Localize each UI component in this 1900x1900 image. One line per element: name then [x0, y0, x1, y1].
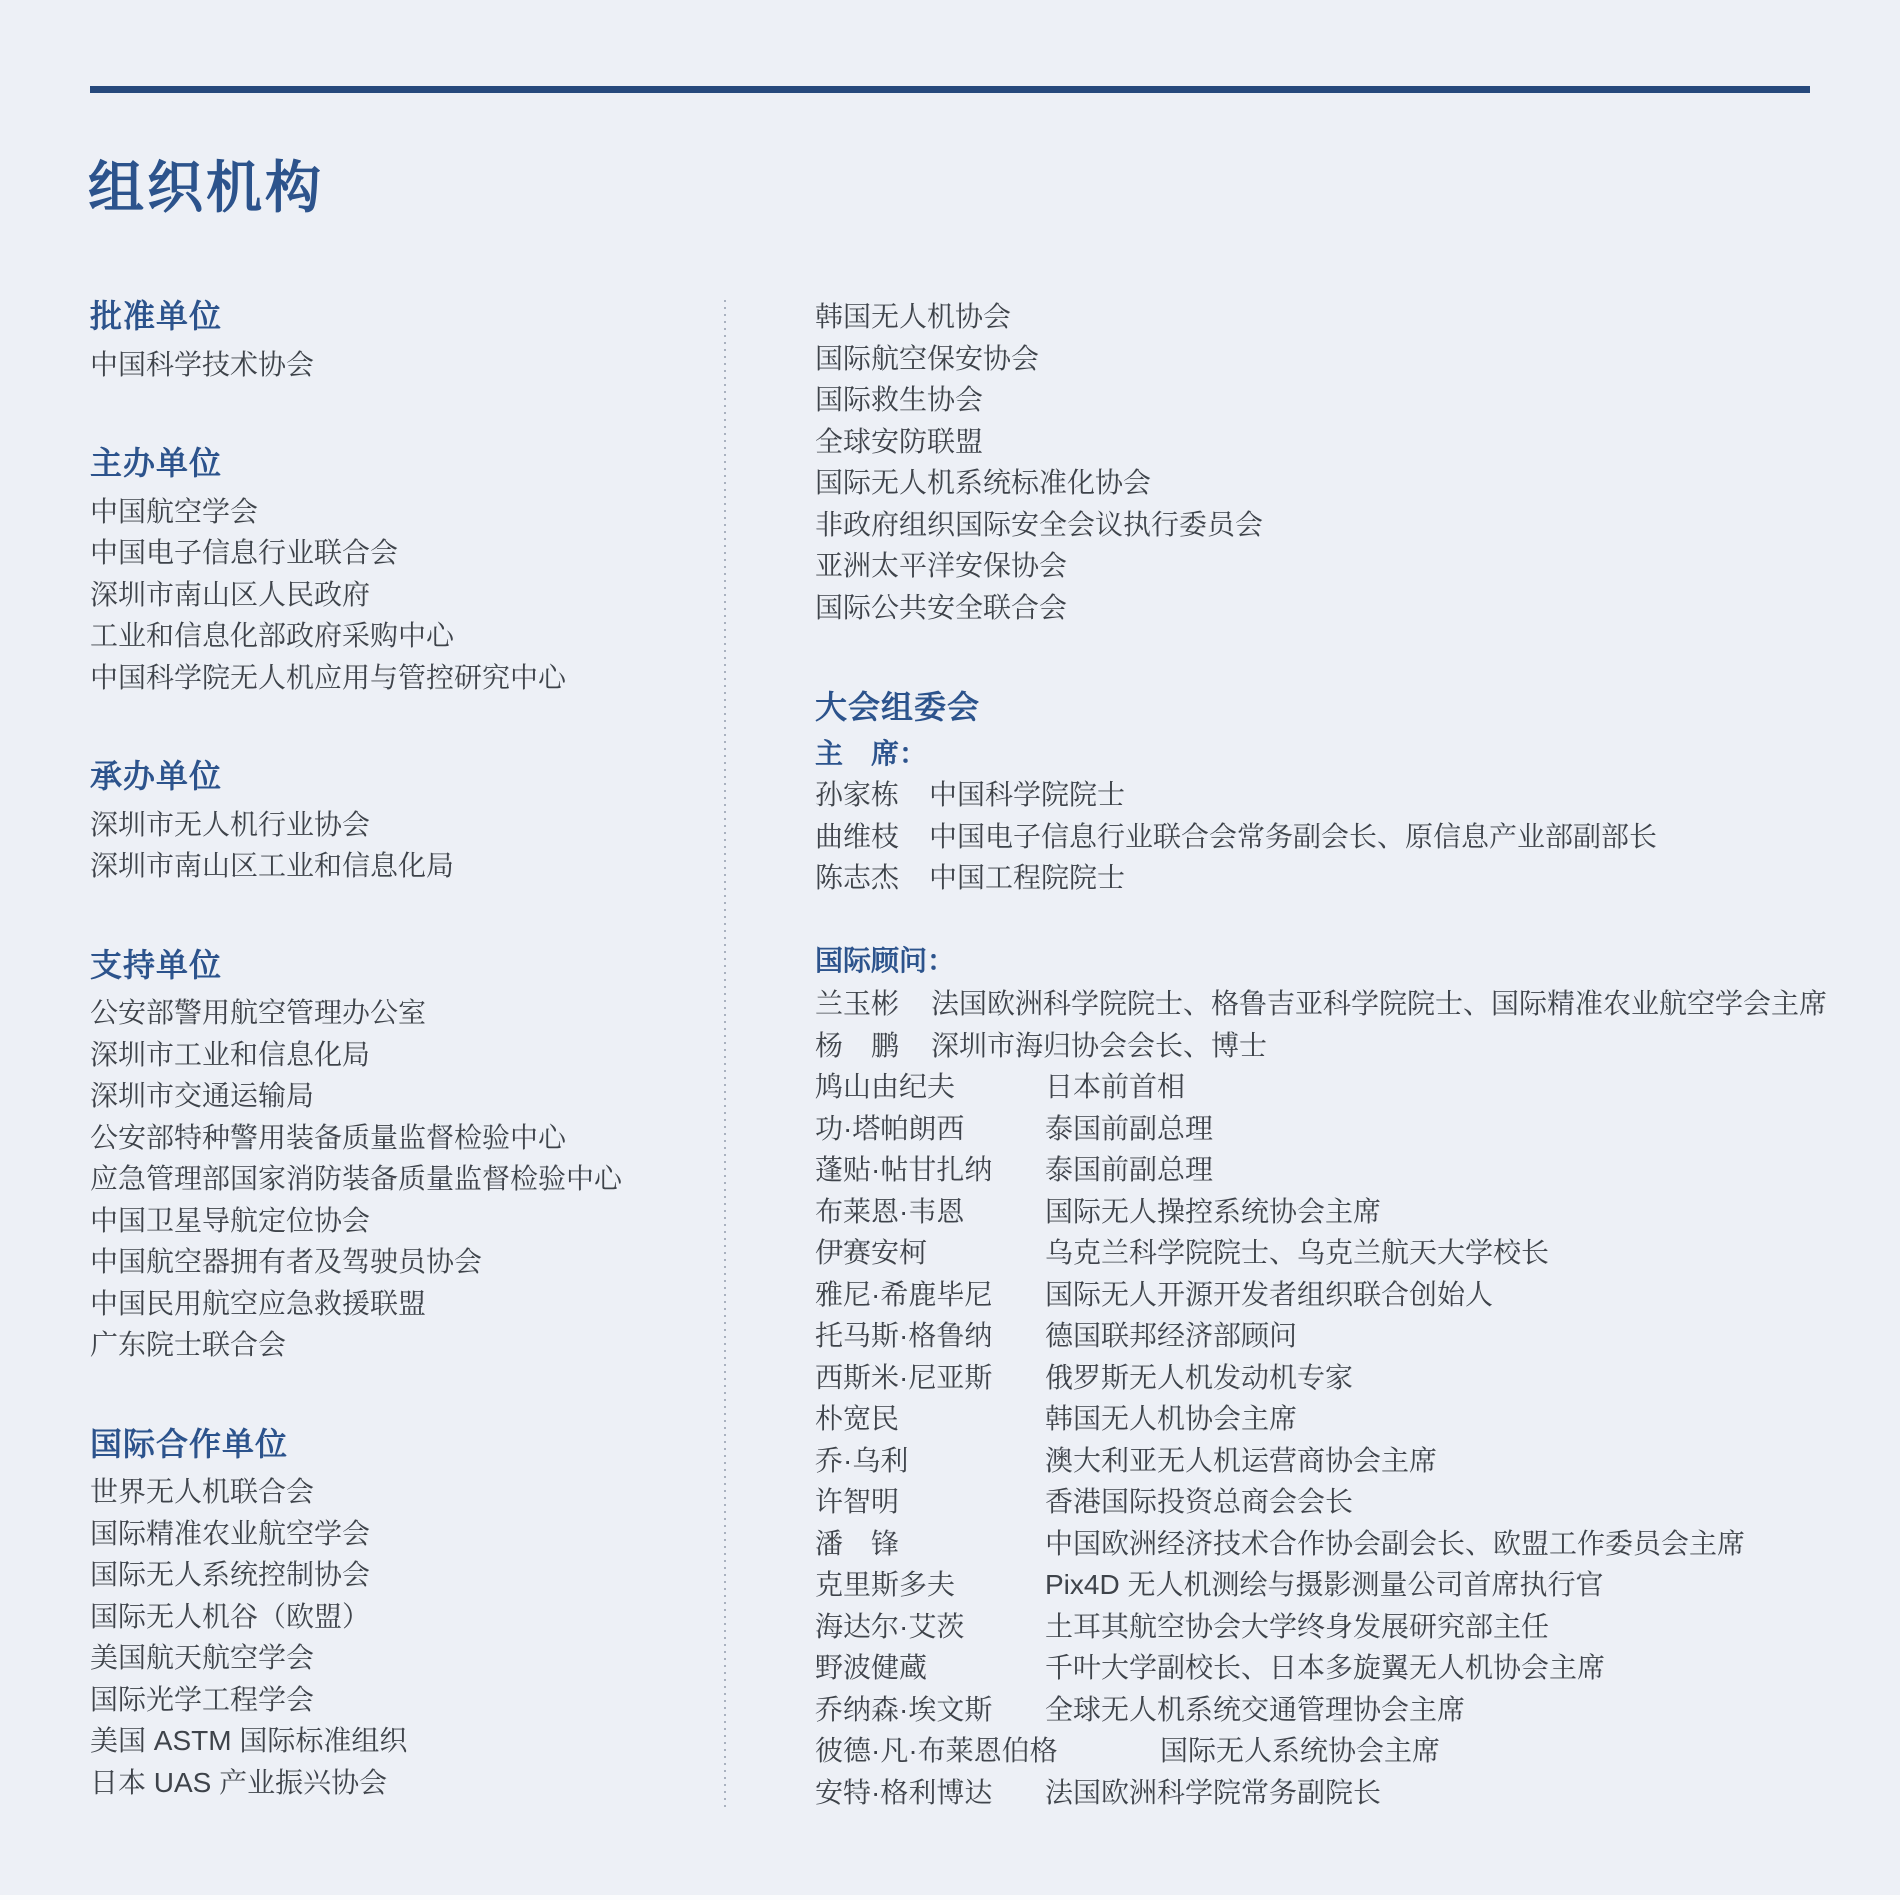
section-heading: 承办单位 [90, 756, 715, 798]
chair-row: 孙家栋中国科学院院士 [815, 774, 1900, 816]
org-item: 公安部警用航空管理办公室 [90, 992, 715, 1034]
advisor-row: 朴宽民韩国无人机协会主席 [815, 1398, 1900, 1440]
advisor-row: 野波健蔵千叶大学副校长、日本多旋翼无人机协会主席 [815, 1647, 1900, 1689]
org-list: 公安部警用航空管理办公室 深圳市工业和信息化局 深圳市交通运输局 公安部特种警用… [90, 992, 715, 1366]
advisor-name: 彼德·凡·布莱恩伯格 [815, 1730, 1160, 1772]
org-item: 广东院士联合会 [90, 1324, 715, 1366]
org-section: 批准单位 中国科学技术协会 [90, 296, 715, 385]
advisor-row: 西斯米·尼亚斯俄罗斯无人机发动机专家 [815, 1357, 1900, 1399]
advisor-desc: 日本前首相 [1045, 1071, 1185, 1102]
top-rule [90, 86, 1810, 93]
advisor-name: 海达尔·艾茨 [815, 1606, 1045, 1648]
advisor-desc: 国际无人开源开发者组织联合创始人 [1045, 1279, 1493, 1310]
chair-label: 主 席： [815, 733, 1900, 775]
org-item: 中国民用航空应急救援联盟 [90, 1283, 715, 1325]
org-item: 非政府组织国际安全会议执行委员会 [815, 504, 1900, 546]
advisor-desc: 中国欧洲经济技术合作协会副会长、欧盟工作委员会主席 [1045, 1528, 1745, 1559]
advisor-row: 克里斯多夫Pix4D 无人机测绘与摄影测量公司首席执行官 [815, 1564, 1900, 1606]
advisor-row: 乔纳森·埃文斯全球无人机系统交通管理协会主席 [815, 1689, 1900, 1731]
org-item: 深圳市交通运输局 [90, 1075, 715, 1117]
advisor-name: 杨 鹏 [815, 1025, 931, 1067]
advisor-name: 西斯米·尼亚斯 [815, 1357, 1045, 1399]
advisor-row: 杨 鹏深圳市海归协会会长、博士 [815, 1025, 1900, 1067]
org-item: 亚洲太平洋安保协会 [815, 545, 1900, 587]
org-section: 主办单位 中国航空学会 中国电子信息行业联合会 深圳市南山区人民政府 工业和信息… [90, 443, 715, 698]
right-column: 韩国无人机协会 国际航空保安协会 国际救生协会 全球安防联盟 国际无人机系统标准… [815, 296, 1900, 1813]
advisor-desc: 国际无人操控系统协会主席 [1045, 1196, 1381, 1227]
advisor-desc: 澳大利亚无人机运营商协会主席 [1045, 1445, 1437, 1476]
org-list: 深圳市无人机行业协会 深圳市南山区工业和信息化局 [90, 804, 715, 887]
org-item: 应急管理部国家消防装备质量监督检验中心 [90, 1158, 715, 1200]
advisor-list: 兰玉彬法国欧洲科学院院士、格鲁吉亚科学院院士、国际精准农业航空学会主席 杨 鹏深… [815, 983, 1900, 1813]
advisor-row: 伊赛安柯乌克兰科学院院士、乌克兰航天大学校长 [815, 1232, 1900, 1274]
advisor-desc: 韩国无人机协会主席 [1045, 1403, 1297, 1434]
chair-name: 曲维枝 [815, 816, 929, 858]
advisor-desc: 香港国际投资总商会会长 [1045, 1486, 1353, 1517]
advisor-name: 托马斯·格鲁纳 [815, 1315, 1045, 1357]
advisor-name: 功·塔帕朗西 [815, 1108, 1045, 1150]
advisor-name: 许智明 [815, 1481, 1045, 1523]
org-item: 国际无人系统控制协会 [90, 1554, 715, 1596]
advisor-name: 兰玉彬 [815, 983, 931, 1025]
chair-row: 曲维枝中国电子信息行业联合会常务副会长、原信息产业部副部长 [815, 816, 1900, 858]
column-divider [724, 300, 726, 1808]
advisor-row: 许智明香港国际投资总商会会长 [815, 1481, 1900, 1523]
advisor-desc: 土耳其航空协会大学终身发展研究部主任 [1045, 1611, 1549, 1642]
section-heading: 支持单位 [90, 945, 715, 987]
advisor-name: 安特·格利博达 [815, 1772, 1045, 1814]
advisor-row: 雅尼·希鹿毕尼国际无人开源开发者组织联合创始人 [815, 1274, 1900, 1316]
org-item: 深圳市南山区人民政府 [90, 574, 715, 616]
advisor-row: 功·塔帕朗西泰国前副总理 [815, 1108, 1900, 1150]
advisor-desc: 乌克兰科学院院士、乌克兰航天大学校长 [1045, 1237, 1549, 1268]
section-heading: 国际合作单位 [90, 1424, 715, 1466]
org-list: 中国航空学会 中国电子信息行业联合会 深圳市南山区人民政府 工业和信息化部政府采… [90, 491, 715, 699]
advisor-name: 布莱恩·韦恩 [815, 1191, 1045, 1233]
advisor-desc: 千叶大学副校长、日本多旋翼无人机协会主席 [1045, 1652, 1605, 1683]
chair-name: 陈志杰 [815, 857, 929, 899]
org-item: 全球安防联盟 [815, 421, 1900, 463]
advisor-desc: 国际无人系统协会主席 [1160, 1735, 1440, 1766]
advisor-desc: 俄罗斯无人机发动机专家 [1045, 1362, 1353, 1393]
advisor-desc: 深圳市海归协会会长、博士 [931, 1030, 1267, 1061]
page: 组织机构 批准单位 中国科学技术协会 主办单位 中国航空学会 中国电子信息行业 [0, 0, 1900, 1900]
chair-desc: 中国工程院院士 [929, 862, 1125, 893]
org-item: 深圳市工业和信息化局 [90, 1034, 715, 1076]
advisor-desc: 法国欧洲科学院常务副院长 [1045, 1777, 1381, 1808]
advisor-name: 鸠山由纪夫 [815, 1066, 1045, 1108]
org-item: 国际无人机系统标准化协会 [815, 462, 1900, 504]
intl-org-list: 韩国无人机协会 国际航空保安协会 国际救生协会 全球安防联盟 国际无人机系统标准… [815, 296, 1900, 628]
advisor-row: 托马斯·格鲁纳德国联邦经济部顾问 [815, 1315, 1900, 1357]
org-section: 承办单位 深圳市无人机行业协会 深圳市南山区工业和信息化局 [90, 756, 715, 887]
org-item: 中国航空学会 [90, 491, 715, 533]
org-item: 中国科学技术协会 [90, 344, 715, 386]
org-list: 世界无人机联合会 国际精准农业航空学会 国际无人系统控制协会 国际无人机谷（欧盟… [90, 1471, 715, 1803]
advisor-desc: Pix4D 无人机测绘与摄影测量公司首席执行官 [1045, 1569, 1603, 1600]
org-section: 国际合作单位 世界无人机联合会 国际精准农业航空学会 国际无人系统控制协会 国际… [90, 1424, 715, 1804]
advisor-name: 潘 锋 [815, 1523, 1045, 1565]
org-item: 国际无人机谷（欧盟） [90, 1596, 715, 1638]
advisor-name: 乔纳森·埃文斯 [815, 1689, 1045, 1731]
org-item: 中国航空器拥有者及驾驶员协会 [90, 1241, 715, 1283]
advisor-name: 乔·乌利 [815, 1440, 1045, 1482]
page-title: 组织机构 [88, 144, 324, 224]
org-item: 工业和信息化部政府采购中心 [90, 615, 715, 657]
advisor-desc: 法国欧洲科学院院士、格鲁吉亚科学院院士、国际精准农业航空学会主席 [931, 988, 1827, 1019]
org-list: 中国科学技术协会 [90, 344, 715, 386]
advisor-desc: 德国联邦经济部顾问 [1045, 1320, 1297, 1351]
org-item: 国际精准农业航空学会 [90, 1513, 715, 1555]
org-item: 国际公共安全联合会 [815, 587, 1900, 629]
org-item: 韩国无人机协会 [815, 296, 1900, 338]
org-item: 中国科学院无人机应用与管控研究中心 [90, 657, 715, 699]
section-heading: 主办单位 [90, 443, 715, 485]
advisor-row: 兰玉彬法国欧洲科学院院士、格鲁吉亚科学院院士、国际精准农业航空学会主席 [815, 983, 1900, 1025]
advisor-name: 朴宽民 [815, 1398, 1045, 1440]
advisor-row: 鸠山由纪夫日本前首相 [815, 1066, 1900, 1108]
page-bottom-edge [0, 1895, 1900, 1900]
advisor-row: 潘 锋中国欧洲经济技术合作协会副会长、欧盟工作委员会主席 [815, 1523, 1900, 1565]
org-item: 公安部特种警用装备质量监督检验中心 [90, 1117, 715, 1159]
chair-desc: 中国电子信息行业联合会常务副会长、原信息产业部副部长 [929, 821, 1657, 852]
advisor-row: 海达尔·艾茨土耳其航空协会大学终身发展研究部主任 [815, 1606, 1900, 1648]
org-item: 中国卫星导航定位协会 [90, 1200, 715, 1242]
org-item: 国际光学工程学会 [90, 1679, 715, 1721]
chair-row: 陈志杰中国工程院院士 [815, 857, 1900, 899]
org-item: 美国 ASTM 国际标准组织 [90, 1720, 715, 1762]
org-item: 国际救生协会 [815, 379, 1900, 421]
org-item: 深圳市无人机行业协会 [90, 804, 715, 846]
advisor-row: 蓬贴·帖甘扎纳泰国前副总理 [815, 1149, 1900, 1191]
advisor-name: 伊赛安柯 [815, 1232, 1045, 1274]
org-item: 国际航空保安协会 [815, 338, 1900, 380]
org-item: 日本 UAS 产业振兴协会 [90, 1762, 715, 1804]
left-column: 批准单位 中国科学技术协会 主办单位 中国航空学会 中国电子信息行业联合会 深圳… [90, 296, 715, 1803]
committee-heading: 大会组委会 [815, 687, 1900, 729]
advisor-name: 野波健蔵 [815, 1647, 1045, 1689]
advisor-row: 乔·乌利澳大利亚无人机运营商协会主席 [815, 1440, 1900, 1482]
chair-name: 孙家栋 [815, 774, 929, 816]
org-item: 美国航天航空学会 [90, 1637, 715, 1679]
org-section: 支持单位 公安部警用航空管理办公室 深圳市工业和信息化局 深圳市交通运输局 公安… [90, 945, 715, 1366]
advisor-desc: 全球无人机系统交通管理协会主席 [1045, 1694, 1465, 1725]
advisor-name: 雅尼·希鹿毕尼 [815, 1274, 1045, 1316]
chair-desc: 中国科学院院士 [929, 779, 1125, 810]
section-heading: 批准单位 [90, 296, 715, 338]
advisor-row: 安特·格利博达法国欧洲科学院常务副院长 [815, 1772, 1900, 1814]
advisor-desc: 泰国前副总理 [1045, 1154, 1213, 1185]
advisor-label: 国际顾问： [815, 940, 1900, 982]
advisor-name: 克里斯多夫 [815, 1564, 1045, 1606]
org-item: 中国电子信息行业联合会 [90, 532, 715, 574]
advisor-desc: 泰国前副总理 [1045, 1113, 1213, 1144]
org-item: 深圳市南山区工业和信息化局 [90, 845, 715, 887]
advisor-row: 彼德·凡·布莱恩伯格国际无人系统协会主席 [815, 1730, 1900, 1772]
chair-list: 孙家栋中国科学院院士 曲维枝中国电子信息行业联合会常务副会长、原信息产业部副部长… [815, 774, 1900, 899]
org-item: 世界无人机联合会 [90, 1471, 715, 1513]
advisor-name: 蓬贴·帖甘扎纳 [815, 1149, 1045, 1191]
advisor-row: 布莱恩·韦恩国际无人操控系统协会主席 [815, 1191, 1900, 1233]
